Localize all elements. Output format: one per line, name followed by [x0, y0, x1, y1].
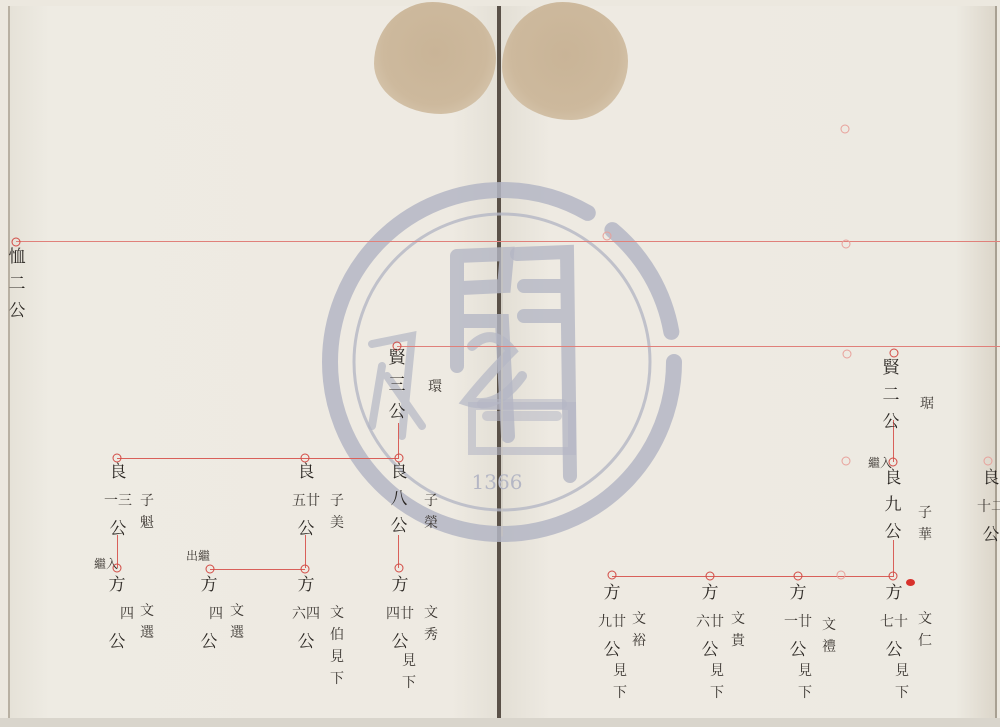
- person-fang-29-see-below: 見 下: [609, 660, 631, 704]
- lineage-line-gen1: [16, 241, 1000, 242]
- person-fang-26: 方 六廿 公: [688, 580, 732, 664]
- person-xian-er-note: 琚: [916, 393, 938, 415]
- person-liang-8-note: 子 榮: [420, 490, 442, 534]
- person-fang-29-note: 文 裕: [628, 608, 650, 652]
- person-fang-21-see-below: 見 下: [794, 660, 816, 704]
- node-gen4-faint: [837, 571, 846, 580]
- person-fang-24-note: 文 秀: [420, 602, 442, 646]
- person-fang-4-in: 方 四 公: [106, 572, 128, 656]
- water-stain-left: [374, 2, 496, 114]
- person-liang-25: 良 五廿 公: [284, 459, 328, 543]
- person-liang-13: 良 一三 公: [96, 459, 140, 543]
- person-liang-25-note: 子 美: [326, 490, 348, 534]
- node-gen3-right-faint: [842, 457, 851, 466]
- person-fang-46: 方 六四 公: [284, 572, 328, 656]
- person-fang-4-in-note: 文 選: [136, 600, 158, 644]
- person-fang-26-see-below: 見 下: [706, 660, 728, 704]
- person-xue-er: 恤 二 公: [6, 244, 28, 325]
- person-fang-4-out-adopt-mark: 出繼: [186, 548, 210, 564]
- person-fang-46-note: 文 伯 見 下: [326, 602, 348, 690]
- genealogy-page-scan: 1366 恤 二 公 賢 三 公 環 賢: [0, 0, 1000, 727]
- person-fang-4-in-adopt-mark: 繼入: [94, 556, 118, 572]
- person-fang-26-note: 文 貴: [727, 608, 749, 652]
- bottom-edge: [0, 718, 1000, 727]
- node-top-right: [841, 125, 850, 134]
- person-liang-12: 良 十二 公: [976, 465, 1000, 549]
- person-fang-17: 方 七十 公: [872, 580, 916, 664]
- person-xian-er: 賢 二 公: [880, 355, 902, 436]
- person-fang-17-note: 文 仁: [914, 608, 936, 652]
- water-stain-right: [502, 2, 628, 120]
- lineage-line-adopt-out: [210, 569, 305, 570]
- node-fang-29[interactable]: [608, 571, 617, 580]
- person-xian-san: 賢 三 公: [386, 345, 408, 426]
- person-fang-24: 方 四廿 公: [378, 572, 422, 656]
- lineage-line-gen3-left: [117, 458, 399, 459]
- node-gen1-mid: [603, 232, 612, 241]
- person-fang-24-see-below: 見 下: [398, 650, 420, 694]
- person-liang-9: 良 九 公: [882, 465, 904, 546]
- person-fang-21: 方 一廿 公: [776, 580, 820, 664]
- person-fang-17-see-below: 見 下: [891, 660, 913, 704]
- person-fang-4-out: 方 四 公: [198, 572, 220, 656]
- person-liang-9-note: 子 華: [914, 502, 936, 546]
- book-gutter: [497, 6, 501, 718]
- person-fang-21-note: 文 禮: [818, 614, 840, 658]
- person-liang-13-note: 子 魁: [136, 490, 158, 534]
- lineage-line-gen4-right: [612, 576, 894, 577]
- node-gen1-right: [842, 240, 851, 249]
- node-gen2-mid: [843, 350, 852, 359]
- person-liang-8: 良 八 公: [388, 459, 410, 540]
- person-fang-4-out-note: 文 選: [226, 600, 248, 644]
- person-xian-san-note: 環: [424, 376, 446, 398]
- lineage-line-gen2: [397, 346, 1000, 347]
